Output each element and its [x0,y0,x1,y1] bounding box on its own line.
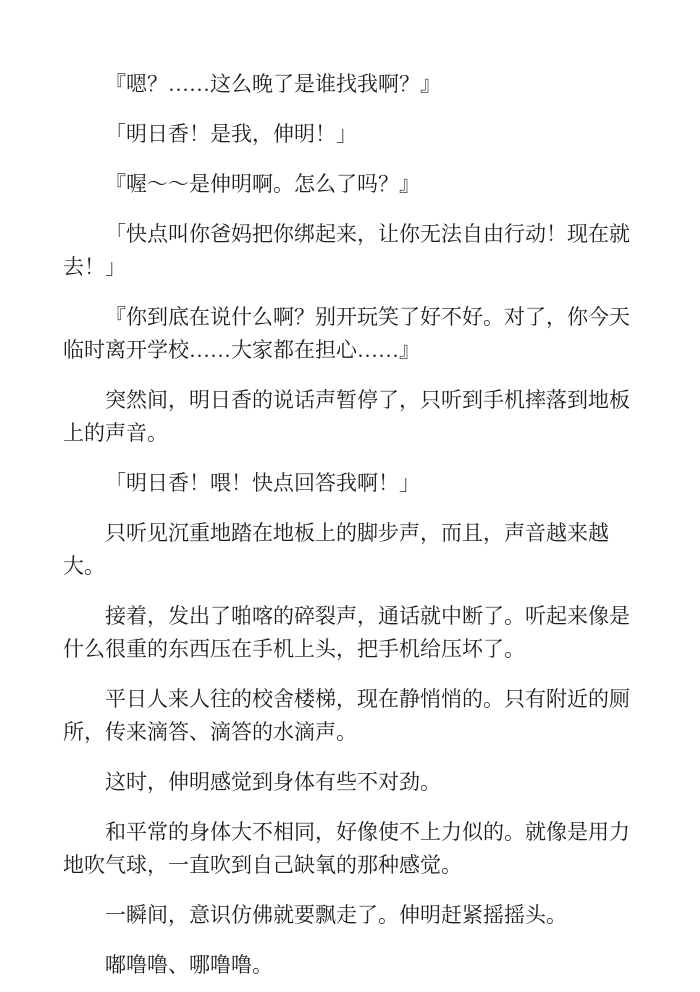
paragraph: 接着，发出了啪喀的碎裂声，通话就中断了。听起来像是什么很重的东西压在手机上头，把… [63,600,637,666]
paragraph: 嘟噜噜、哪噜噜。 [63,949,637,982]
paragraph: 「快点叫你爸妈把你绑起来，让你无法自由行动！现在就去！」 [63,218,637,284]
paragraph: 『嗯？……这么晚了是谁找我啊？』 [63,68,637,101]
paragraph: 这时，伸明感觉到身体有些不对劲。 [63,766,637,799]
paragraph: 『你到底在说什么啊？别开玩笑了好不好。对了，你今天临时离开学校……大家都在担心…… [63,301,637,367]
paragraph: 只听见沉重地踏在地板上的脚步声，而且，声音越来越大。 [63,517,637,583]
paragraph: 「明日香！是我，伸明！」 [63,118,637,151]
paragraph: 「明日香！喂！快点回答我啊！」 [63,467,637,500]
paragraph: 『喔～～是伸明啊。怎么了吗？』 [63,168,637,201]
paragraph: 一瞬间，意识仿佛就要飘走了。伸明赶紧摇摇头。 [63,899,637,932]
paragraph: 和平常的身体大不相同，好像使不上力似的。就像是用力地吹气球，一直吹到自己缺氧的那… [63,816,637,882]
page: 『嗯？……这么晚了是谁找我啊？』 「明日香！是我，伸明！」 『喔～～是伸明啊。怎… [0,0,700,992]
paragraph: 突然间，明日香的说话声暂停了，只听到手机摔落到地板上的声音。 [63,384,637,450]
paragraph: 平日人来人往的校舍楼梯，现在静悄悄的。只有附近的厕所，传来滴答、滴答的水滴声。 [63,683,637,749]
text-column: 『嗯？……这么晚了是谁找我啊？』 「明日香！是我，伸明！」 『喔～～是伸明啊。怎… [63,68,637,982]
